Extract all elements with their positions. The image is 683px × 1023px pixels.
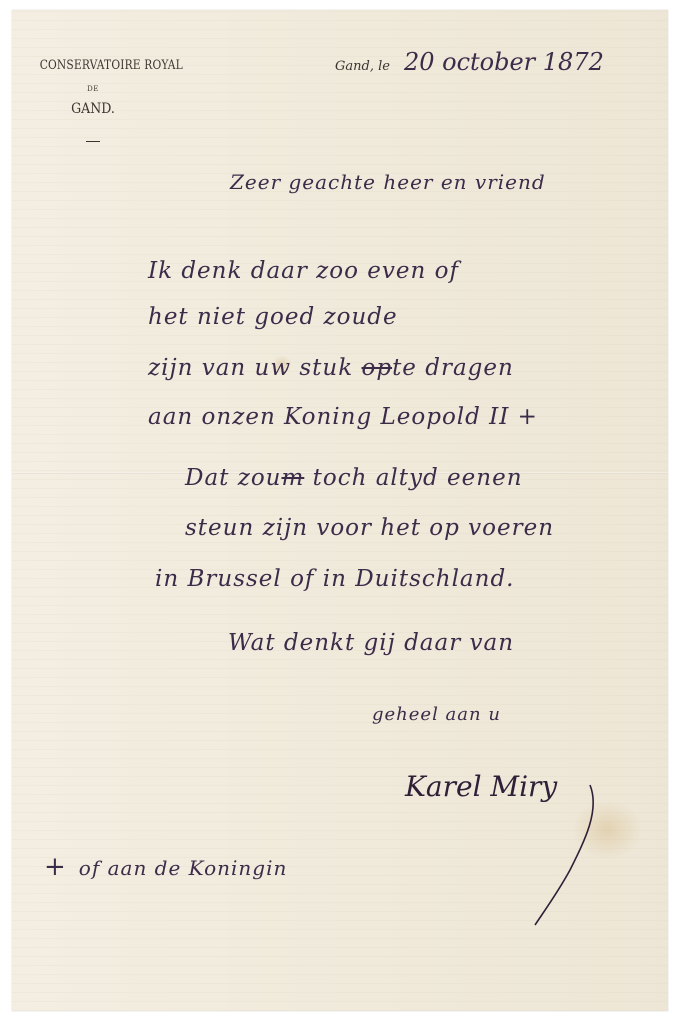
- body-line: aan onzen Koning Leopold II +: [148, 404, 538, 430]
- body-line: het niet goed zoude: [148, 304, 398, 330]
- salutation: Zeer geachte heer en vriend: [230, 170, 546, 194]
- body-line: in Brussel of in Duitschland.: [155, 566, 515, 592]
- letterhead: CONSERVATOIRE ROYAL DE GAND.: [28, 58, 158, 142]
- dateline-handwritten: 20 october 1872: [404, 48, 604, 76]
- dateline-printed: Gand, le: [335, 59, 390, 74]
- body-line-text: toch altyd eenen: [304, 465, 522, 491]
- body-line: steun zijn voor het op voeren: [185, 515, 554, 541]
- letterhead-rule: [86, 141, 100, 142]
- body-line-text: te dragen: [392, 355, 514, 381]
- body-line-text: Dat zou: [185, 465, 281, 491]
- body-line: zijn van uw stuk opte dragen: [148, 355, 514, 381]
- closing: geheel aan u: [372, 704, 501, 725]
- letterhead-preposition: DE: [28, 85, 158, 93]
- dateline: Gand, le 20 october 1872: [335, 48, 604, 76]
- footnote-text: of aan de Koningin: [79, 856, 288, 880]
- struck-text: m: [281, 465, 304, 491]
- footnote: +of aan de Koningin: [44, 852, 287, 882]
- body-line: Wat denkt gij daar van: [228, 630, 514, 656]
- body-line: Dat zoum toch altyd eenen: [185, 465, 523, 491]
- letterhead-city: GAND.: [35, 101, 152, 117]
- footnote-marker: +: [44, 852, 67, 882]
- body-line: Ik denk daar zoo even of: [148, 258, 459, 284]
- letterhead-institution: CONSERVATOIRE ROYAL: [40, 58, 147, 73]
- signature-flourish: [530, 780, 610, 930]
- struck-text: op: [361, 355, 392, 381]
- body-line-text: zijn van uw stuk: [148, 355, 361, 381]
